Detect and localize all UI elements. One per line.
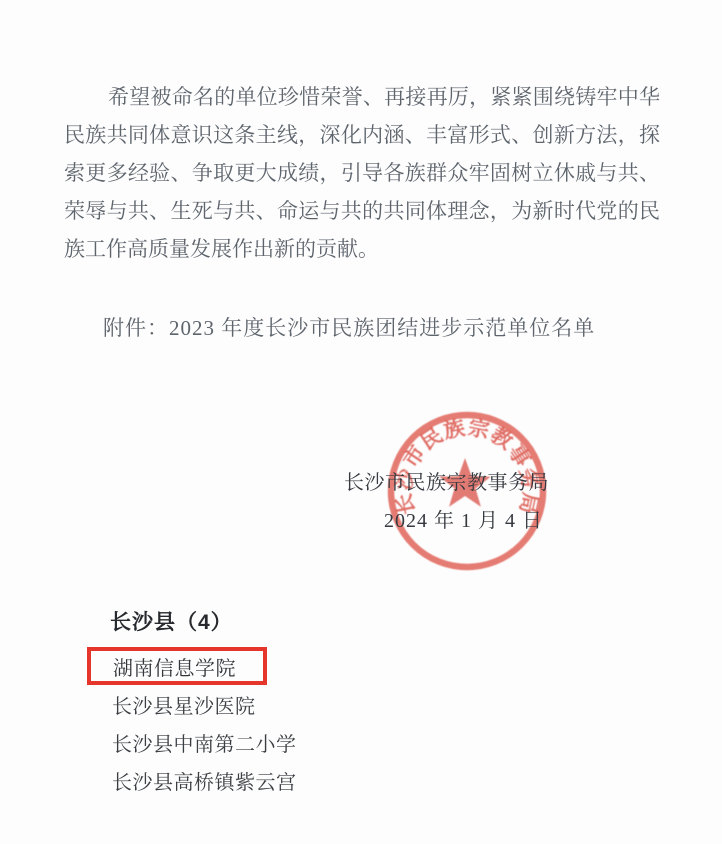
body-line: 索更多经验、争取更大成绩，引导各族群众牢固树立休戚与共、 <box>64 154 660 192</box>
body-line: 荣辱与共、生死与共、命运与共的共同体理念，为新时代党的民 <box>64 192 660 230</box>
county-group-header: 长沙县（4） <box>110 607 233 639</box>
body-paragraph: 希望被命名的单位珍惜荣誉、再接再厉，紧紧围绕铸牢中华 民族共同体意识这条主线，深… <box>64 78 660 268</box>
list-item: 长沙县高桥镇紫云宫 <box>112 764 297 802</box>
body-line: 希望被命名的单位珍惜荣誉、再接再厉，紧紧围绕铸牢中华 <box>64 78 660 116</box>
unit-list: 长沙县星沙医院 长沙县中南第二小学 长沙县高桥镇紫云宫 <box>112 688 297 802</box>
attachment-line: 附件：2023 年度长沙市民族团结进步示范单位名单 <box>103 312 595 344</box>
document-page: 希望被命名的单位珍惜荣誉、再接再厉，紧紧围绕铸牢中华 民族共同体意识这条主线，深… <box>0 0 722 844</box>
highlighted-unit-name: 湖南信息学院 <box>113 652 236 681</box>
highlight-box: 湖南信息学院 <box>87 647 267 685</box>
list-item: 长沙县星沙医院 <box>112 688 297 726</box>
body-line: 民族共同体意识这条主线，深化内涵、丰富形式、创新方法，探 <box>64 116 660 154</box>
body-line: 族工作高质量发展作出新的贡献。 <box>64 230 660 268</box>
issuing-authority: 长沙市民族宗教事务局 <box>344 469 549 497</box>
issue-date: 2024 年 1 月 4 日 <box>384 507 543 535</box>
list-item: 长沙县中南第二小学 <box>112 726 297 764</box>
